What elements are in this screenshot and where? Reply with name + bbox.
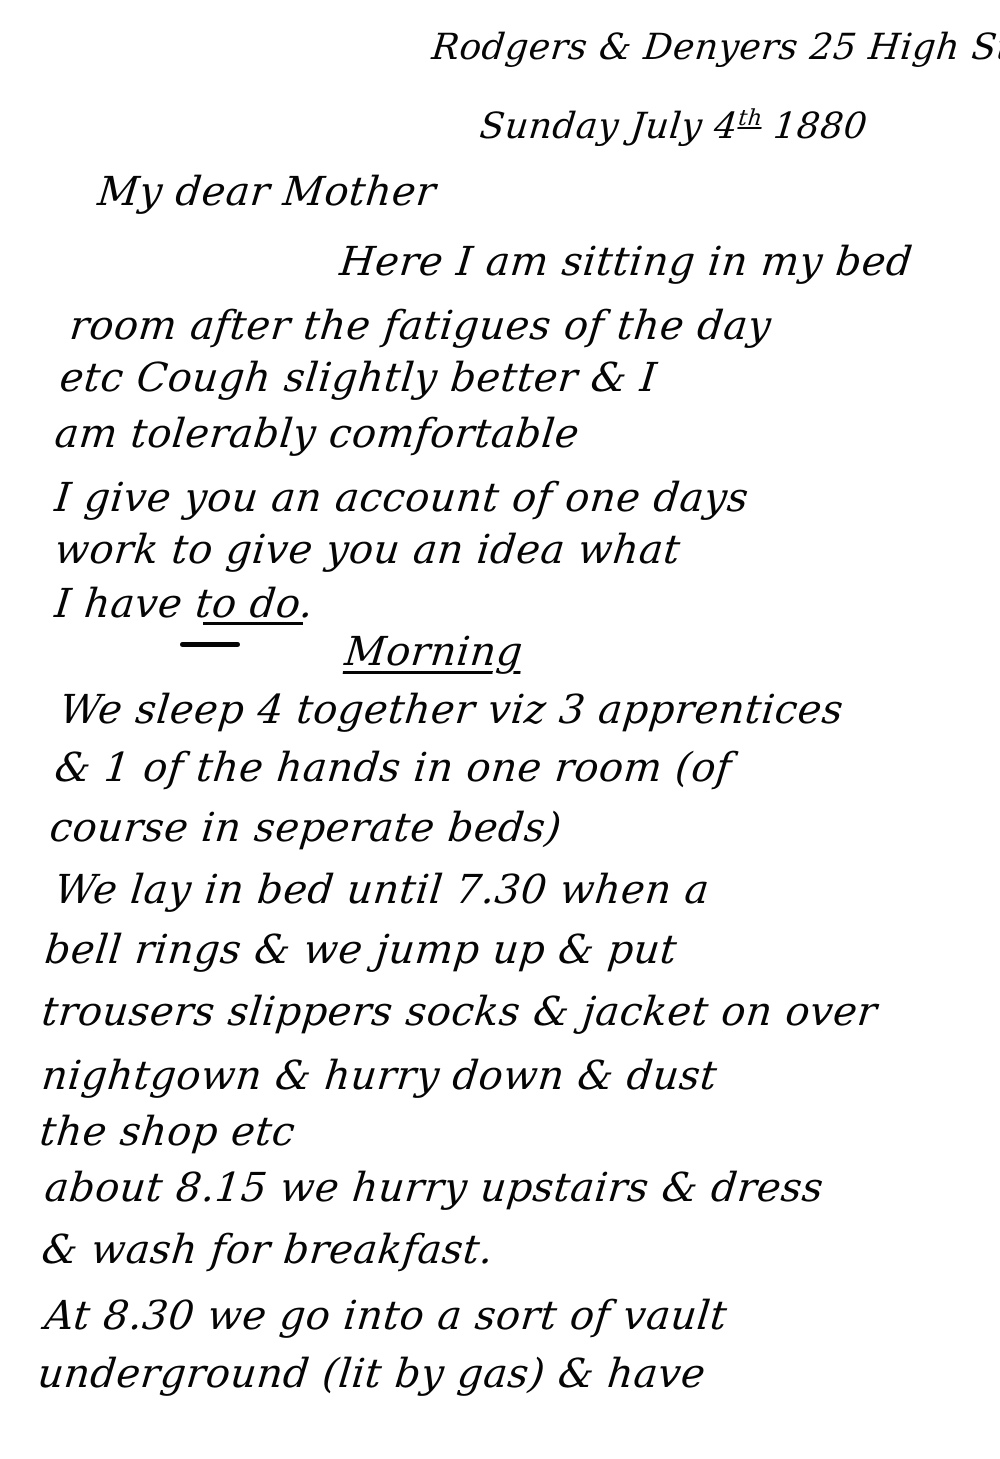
- section-heading: Morning: [343, 632, 525, 672]
- morning-line: & 1 of the hands in one room (of: [53, 748, 734, 788]
- morning-line: about 8.15 we hurry upstairs & dress: [43, 1168, 826, 1208]
- morning-line: the shop etc: [38, 1112, 297, 1152]
- morning-line: nightgown & hurry down & dust: [40, 1056, 719, 1096]
- body-line: work to give you an idea what: [53, 530, 682, 570]
- morning-line: At 8.30 we go into a sort of vault: [43, 1296, 729, 1336]
- body-line: etc Cough slightly better & I: [58, 358, 659, 398]
- morning-line: trousers slippers socks & jacket on over: [40, 992, 879, 1032]
- morning-line: We sleep 4 together viz 3 apprentices: [58, 690, 845, 730]
- body-line: I have to do.: [53, 584, 315, 624]
- letter-page: Rodgers & Denyers 25 High Street Sunday …: [0, 0, 1000, 1459]
- body-line: Here I am sitting in my bed: [338, 242, 915, 282]
- body-line: am tolerably comfortable: [53, 414, 581, 454]
- morning-line: bell rings & we jump up & put: [43, 930, 679, 970]
- body-line: room after the fatigues of the day: [68, 306, 773, 346]
- morning-line: underground (lit by gas) & have: [36, 1354, 708, 1394]
- morning-line: course in seperate beds): [48, 808, 564, 848]
- letter-date: Sunday July 4th 1880: [478, 108, 869, 145]
- body-line: I give you an account of one days: [53, 478, 751, 518]
- dash-mark: [180, 642, 240, 647]
- date-year: 1880: [771, 106, 869, 147]
- date-day-month: Sunday July 4: [478, 106, 740, 147]
- rule-line: [203, 622, 303, 625]
- morning-line: We lay in bed until 7.30 when a: [53, 870, 711, 910]
- date-ordinal: th: [737, 106, 764, 131]
- letter-salutation: My dear Mother: [96, 172, 438, 212]
- morning-line: & wash for breakfast.: [40, 1230, 495, 1270]
- letter-address: Rodgers & Denyers 25 High Street: [430, 30, 1000, 66]
